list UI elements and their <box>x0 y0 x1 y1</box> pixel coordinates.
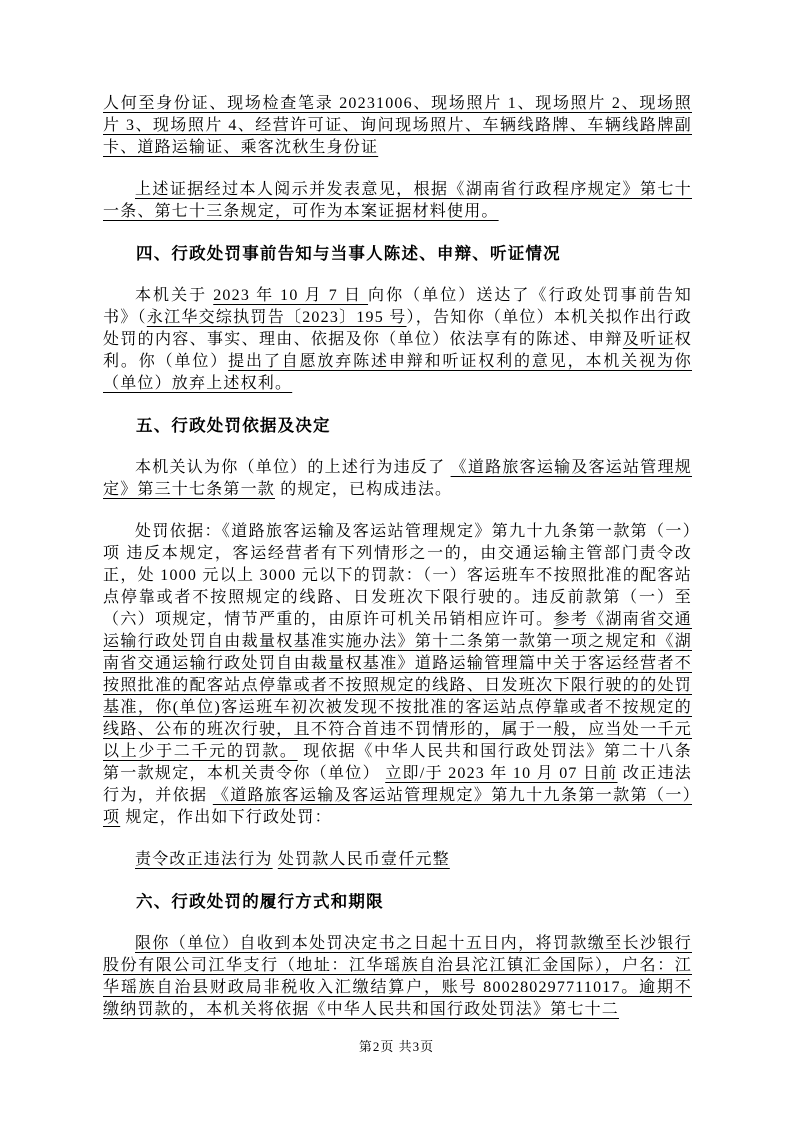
violation-conclusion-paragraph: 本机关认为你（单位）的上述行为违反了 《道路旅客运输及客运站管理规定》第三十七条… <box>103 457 692 501</box>
payment-instructions-paragraph: 限你（单位）自收到本处罚决定书之日起十五日内，将罚款缴至长沙银行股份有限公司江华… <box>103 933 692 1021</box>
underlined-text-segment: 参考《湖南省交通运输行政处罚自由裁量权基准实施办法》第十二条第一款第一项之规定和… <box>103 611 692 760</box>
underlined-text-segment: 限你（单位）自收到本处罚决定书之日起十五日内，将罚款缴至长沙银行股份有限公司江华… <box>103 935 692 1018</box>
underlined-text-segment: 2023 年 10 月 7 日 <box>213 287 368 304</box>
penalty-basis-paragraph: 处罚依据：《道路旅客运输及客运站管理规定》第九十九条第一款第（一）项 违反本规定… <box>103 521 692 829</box>
text-segment: 的规定，已构成违法。 <box>275 481 452 498</box>
underlined-text-segment: 处罚款人民币壹仟元整 <box>278 851 450 868</box>
underlined-text-segment: 上述证据经过本人阅示并发表意见，根据《湖南省行政程序规定》第七十一条、第七十三条… <box>103 181 692 220</box>
section-6-heading: 六、行政处罚的履行方式和期限 <box>103 891 692 913</box>
section-4-heading: 四、行政处罚事前告知与当事人陈述、申辩、听证情况 <box>103 243 692 265</box>
underlined-text-segment: 永江华交综执罚告〔2023〕195 号 <box>147 309 407 326</box>
document-page: 人何至身份证、现场检查笔录 20231006、现场照片 1、现场照片 2、现场照… <box>0 0 793 1122</box>
penalty-decision-line: 责令改正违法行为 处罚款人民币壹仟元整 <box>103 849 692 871</box>
text-segment: 本机关认为你（单位）的上述行为违反了 <box>135 459 451 476</box>
underlined-text-segment: 责令改正违法行为 <box>135 851 273 868</box>
section-5-heading: 五、行政处罚依据及决定 <box>103 415 692 437</box>
evidence-statement-paragraph: 上述证据经过本人阅示并发表意见，根据《湖南省行政程序规定》第七十一条、第七十三条… <box>103 179 692 223</box>
prior-notice-paragraph: 本机关于 2023 年 10 月 7 日 向你（单位）送达了《行政处罚事前告知书… <box>103 285 692 395</box>
evidence-list-continued-paragraph: 人何至身份证、现场检查笔录 20231006、现场照片 1、现场照片 2、现场照… <box>103 93 692 159</box>
text-segment: 本机关于 <box>135 287 213 304</box>
document-body: 人何至身份证、现场检查笔录 20231006、现场照片 1、现场照片 2、现场照… <box>103 93 692 1041</box>
page-footer: 第2页 共3页 <box>0 1036 793 1055</box>
underlined-text-segment: 及听证 <box>623 331 675 348</box>
text-segment: 规定，作出如下行政处罚： <box>120 809 332 826</box>
underlined-text-segment: 立即/于 2023 年 10 月 07 日前 <box>385 765 617 782</box>
underlined-text-segment: 人何至身份证、现场检查笔录 20231006、现场照片 1、现场照片 2、现场照… <box>103 95 692 156</box>
